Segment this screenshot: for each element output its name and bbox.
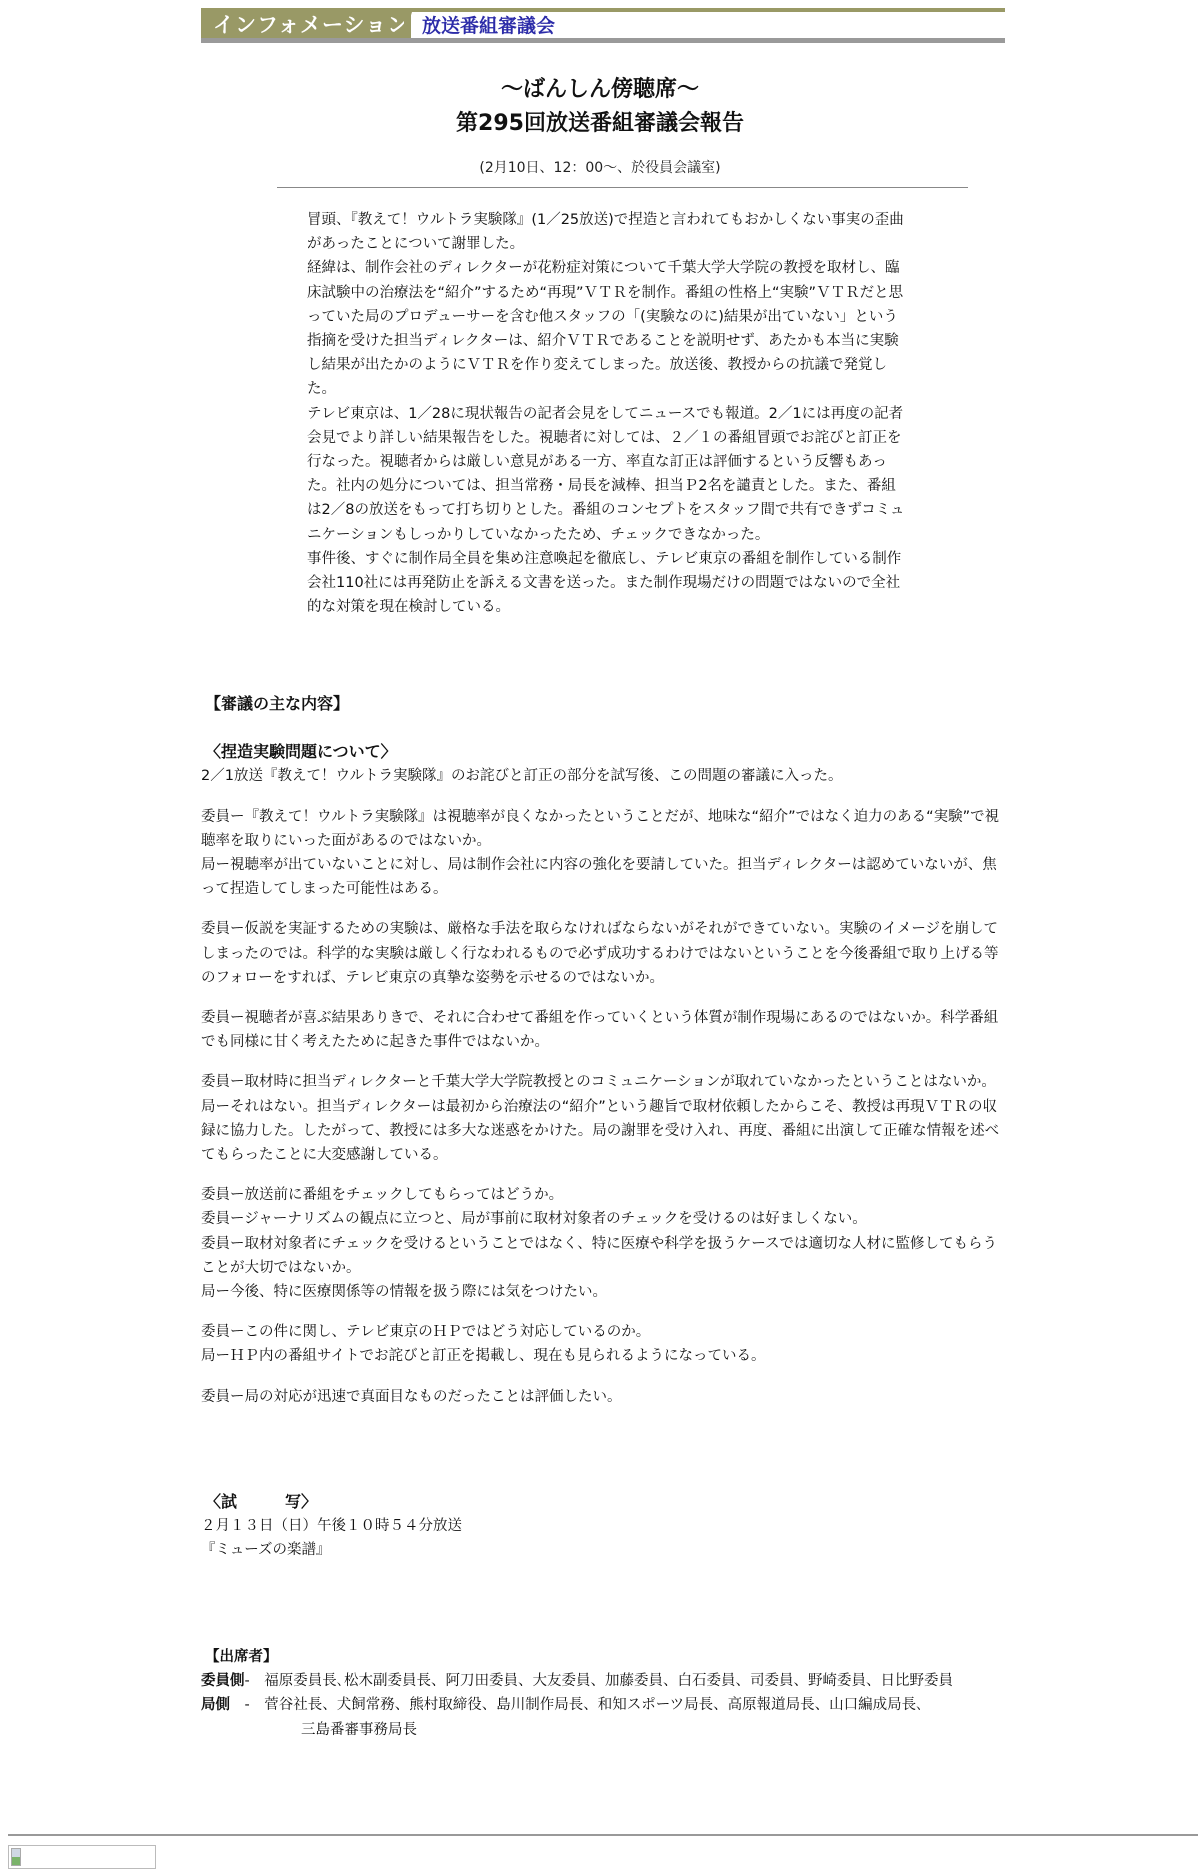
screening-section: 〈試 写〉 ２月１３日（日）午後１０時５４分放送 『ミューズの楽譜』 — [201, 1490, 1007, 1563]
committee-label: 委員側 — [201, 1673, 245, 1689]
remark: 委員ー局の対応が迅速で真面目なものだったことは評価したい。 — [201, 1385, 1007, 1409]
screening-heading: 〈試 写〉 — [201, 1490, 1007, 1514]
remark: 委員ー放送前に番組をチェックしてもらってはどうか。 — [201, 1183, 1007, 1207]
remark: 委員ー視聴者が喜ぶ結果ありきで、それに合わせて番組を作っていくという体質が制作現… — [201, 1006, 1007, 1054]
header-banner: インフォメーション 放送番組審議会 — [201, 8, 1005, 44]
divider — [277, 187, 968, 188]
banner-bottom-bar — [201, 38, 1005, 43]
broken-image-icon — [11, 1848, 21, 1866]
committee-separator: - — [245, 1673, 265, 1689]
committee-attendees: 委員側- 福原委員長､松木副委員長、阿刀田委員、大友委員、加藤委員、白石委員、司… — [201, 1669, 1007, 1693]
remark: 委員ーこの件に関し、テレビ東京のＨＰではどう対応しているのか。 — [201, 1320, 1007, 1344]
summary-paragraph: 経緯は、制作会社のディレクターが花粉症対策について千葉大学大学院の教授を取材し、… — [307, 256, 907, 401]
section-label: インフォメーション — [201, 12, 411, 38]
committee-members: 福原委員長､松木副委員長、阿刀田委員、大友委員、加藤委員、白石委員、司委員、野崎… — [264, 1673, 953, 1689]
remark: 委員ー取材対象者にチェックを受けるということではなく、特に医療や科学を扱うケース… — [201, 1232, 1007, 1280]
summary-paragraph: 冒頭、『教えて！ウルトラ実験隊』(1／25放送)で捏造と言われてもおかしくない事… — [307, 208, 907, 256]
page-title: 第295回放送番組審議会報告 — [0, 106, 1200, 137]
footer-image[interactable] — [8, 1845, 156, 1869]
screening-program: 『ミューズの楽譜』 — [201, 1538, 1007, 1562]
page-subtitle: 〜ばんしん傍聴席〜 — [0, 72, 1200, 103]
remark: 局ーそれはない。担当ディレクターは最初から治療法の“紹介”という趣旨で取材依頼し… — [201, 1095, 1007, 1168]
remark: 委員ー仮説を実証するための実験は、厳格な手法を取らなければならないがそれができて… — [201, 917, 1007, 990]
meeting-info: (2月10日、12：00〜、於役員会議室) — [0, 157, 1200, 177]
banner-slant-divider — [404, 12, 412, 38]
station-members-continued: 三島番審事務局長 — [201, 1718, 1007, 1742]
summary-block: 冒頭、『教えて！ウルトラ実験隊』(1／25放送)で捏造と言われてもおかしくない事… — [307, 208, 907, 619]
attendees-section: 【出席者】 委員側- 福原委員長､松木副委員長、阿刀田委員、大友委員、加藤委員、… — [201, 1645, 1007, 1742]
remark: 委員ージャーナリズムの観点に立つと、局が事前に取材対象者のチェックを受けるのは好… — [201, 1207, 1007, 1231]
remark: 局ーＨＰ内の番組サイトでお詫びと訂正を掲載し、現在も見られるようになっている。 — [201, 1344, 1007, 1368]
summary-paragraph: テレビ東京は、1／28に現状報告の記者会見をしてニュースでも報道。2／1には再度… — [307, 402, 907, 547]
station-members: 菅谷社長、犬飼常務、熊村取締役、島川制作局長、和知スポーツ局長、高原報道局長、山… — [264, 1697, 923, 1713]
remark: 委員ー『教えて！ウルトラ実験隊』は視聴率が良くなかったということだが、地味な“紹… — [201, 805, 1007, 853]
remark: 委員ー取材時に担当ディレクターと千葉大学大学院教授とのコミュニケーションが取れて… — [201, 1070, 1007, 1094]
station-attendees: 局側 - 菅谷社長、犬飼常務、熊村取締役、島川制作局長、和知スポーツ局長、高原報… — [201, 1693, 1007, 1717]
remark: 局ー視聴率が出ていないことに対し、局は制作会社に内容の強化を要請していた。担当デ… — [201, 853, 1007, 901]
page-label: 放送番組審議会 — [422, 12, 555, 38]
deliberation-intro: 2／1放送『教えて！ウルトラ実験隊』のお詫びと訂正の部分を試写後、この問題の審議… — [201, 764, 1007, 788]
footer-divider — [8, 1834, 1198, 1836]
summary-paragraph: 事件後、すぐに制作局全員を集め注意喚起を徹底し、テレビ東京の番組を制作している制… — [307, 547, 907, 620]
station-separator: - — [230, 1697, 264, 1713]
station-label: 局側 — [201, 1697, 230, 1713]
deliberation-section: 【審議の主な内容】 〈捏造実験問題について〉 2／1放送『教えて！ウルトラ実験隊… — [201, 692, 1007, 1409]
deliberation-subheading: 〈捏造実験問題について〉 — [201, 740, 1007, 764]
remark: 局ー今後、特に医療関係等の情報を扱う際には気をつけたい。 — [201, 1280, 1007, 1304]
attendees-heading: 【出席者】 — [201, 1645, 1007, 1669]
screening-broadcast-time: ２月１３日（日）午後１０時５４分放送 — [201, 1514, 1007, 1538]
deliberation-heading: 【審議の主な内容】 — [201, 692, 1007, 716]
